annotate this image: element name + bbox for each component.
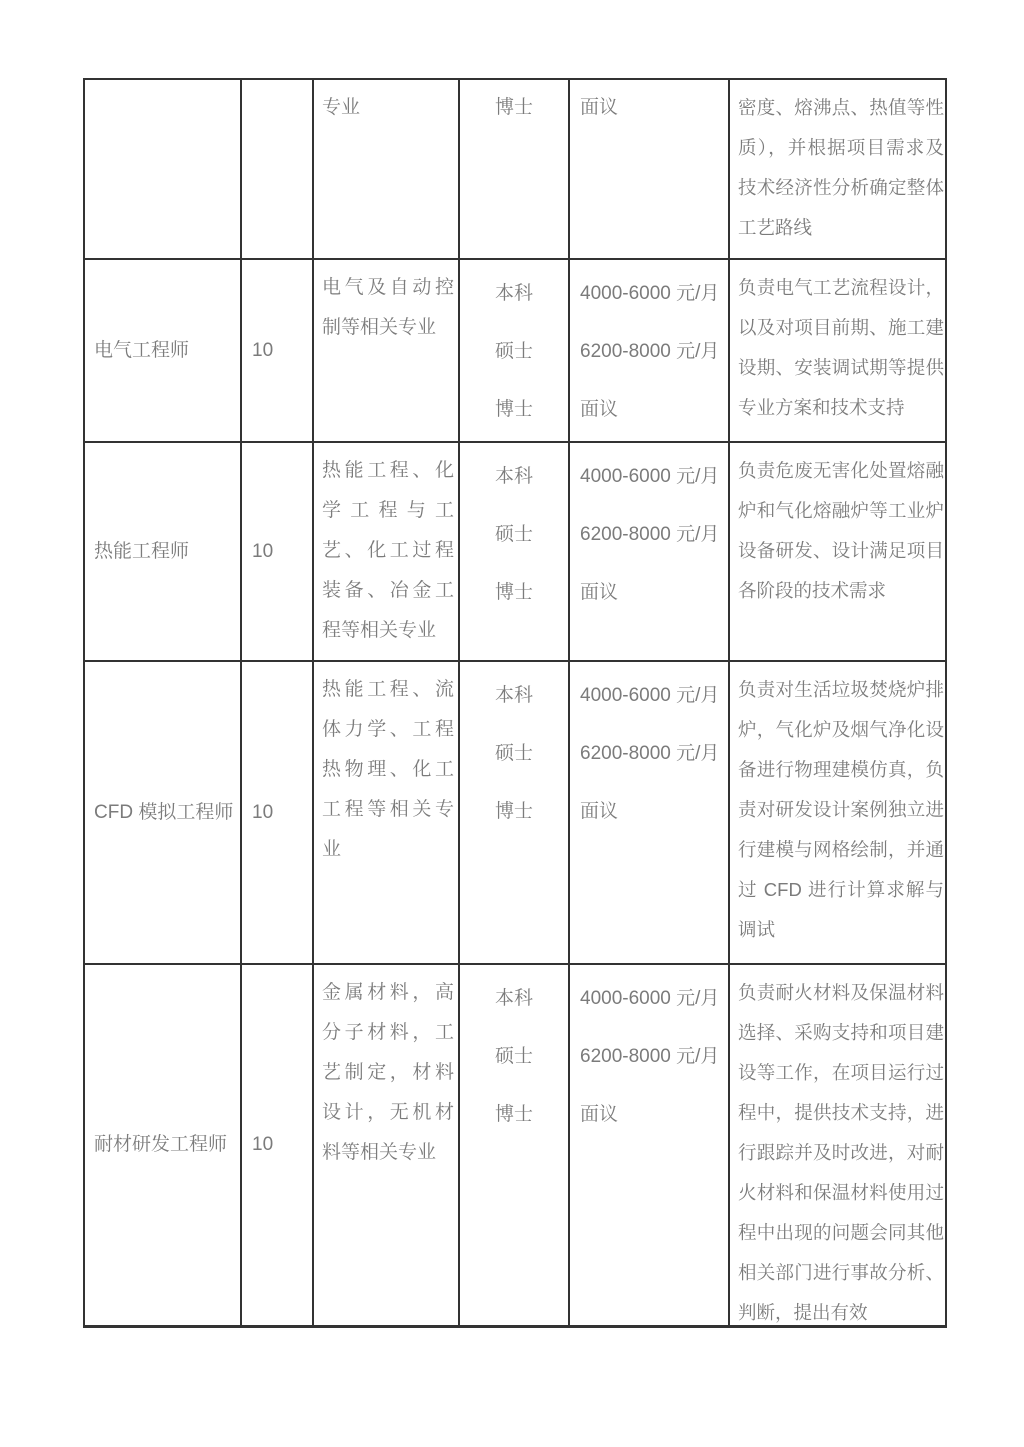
education-entry: 博士 bbox=[460, 88, 568, 128]
cell-education: 本科 硕士 博士 bbox=[460, 443, 570, 662]
duties-text: 密度、熔沸点、热值等性质），并根据项目需求及技术经济性分析确定整体工艺路线 bbox=[738, 97, 944, 238]
count-text: 10 bbox=[252, 793, 273, 833]
position-text: 热能工程师 bbox=[94, 532, 189, 572]
cell-count: 10 bbox=[242, 443, 314, 662]
cell-duties: 密度、熔沸点、热值等性质），并根据项目需求及技术经济性分析确定整体工艺路线 bbox=[730, 80, 945, 260]
cell-duties: 负责危废无害化处置熔融炉和气化熔融炉等工业炉设备研发、设计满足项目各阶段的技术需… bbox=[730, 443, 945, 662]
major-text: 热能工程、化学工程与工艺、化工过程装备、冶金工程等相关专业 bbox=[322, 460, 454, 641]
cell-count bbox=[242, 80, 314, 260]
major-text: 专业 bbox=[322, 97, 360, 118]
salary-entry: 面议 bbox=[580, 88, 728, 128]
education-entry: 硕士 bbox=[460, 734, 568, 774]
salary-entry: 4000-6000 元/月 bbox=[580, 979, 728, 1019]
cell-count: 10 bbox=[242, 965, 314, 1325]
cell-education: 本科 硕士 博士 bbox=[460, 662, 570, 965]
education-entry: 本科 bbox=[460, 979, 568, 1019]
major-text: 金属材料，高分子材料，工艺制定，材料设计，无机材料等相关专业 bbox=[322, 982, 454, 1163]
cell-salary: 4000-6000 元/月 6200-8000 元/月 面议 bbox=[570, 260, 730, 443]
education-entry: 本科 bbox=[460, 676, 568, 716]
job-table: 专业 博士 面议 密度、熔沸点、热值等性质），并根据项目需求及技术经济性分析确定… bbox=[83, 78, 947, 1328]
cell-position bbox=[85, 80, 242, 260]
position-text: 耐材研发工程师 bbox=[94, 1125, 227, 1165]
salary-entry: 6200-8000 元/月 bbox=[580, 515, 728, 555]
cell-salary: 面议 bbox=[570, 80, 730, 260]
education-entry: 硕士 bbox=[460, 515, 568, 555]
duties-text: 负责对生活垃圾焚烧炉排炉，气化炉及烟气净化设备进行物理建模仿真，负责对研发设计案… bbox=[738, 679, 944, 940]
cell-major: 热能工程、流体力学、工程热物理、化工工程等相关专业 bbox=[314, 662, 460, 965]
cell-count: 10 bbox=[242, 260, 314, 443]
cell-salary: 4000-6000 元/月 6200-8000 元/月 面议 bbox=[570, 662, 730, 965]
salary-entry: 面议 bbox=[580, 792, 728, 832]
count-text: 10 bbox=[252, 1125, 273, 1165]
education-entry: 本科 bbox=[460, 274, 568, 314]
salary-entry: 4000-6000 元/月 bbox=[580, 457, 728, 497]
count-text: 10 bbox=[252, 532, 273, 572]
education-entry: 博士 bbox=[460, 390, 568, 430]
cell-major: 电气及自动控制等相关专业 bbox=[314, 260, 460, 443]
position-text: 电气工程师 bbox=[94, 331, 189, 371]
duties-text: 负责危废无害化处置熔融炉和气化熔融炉等工业炉设备研发、设计满足项目各阶段的技术需… bbox=[738, 460, 944, 601]
cell-position: 热能工程师 bbox=[85, 443, 242, 662]
cell-duties: 负责耐火材料及保温材料选择、采购支持和项目建设等工作，在项目运行过程中，提供技术… bbox=[730, 965, 945, 1325]
salary-entry: 面议 bbox=[580, 573, 728, 613]
cell-salary: 4000-6000 元/月 6200-8000 元/月 面议 bbox=[570, 443, 730, 662]
salary-entry: 4000-6000 元/月 bbox=[580, 676, 728, 716]
salary-entry: 6200-8000 元/月 bbox=[580, 1037, 728, 1077]
education-entry: 博士 bbox=[460, 1095, 568, 1135]
education-entry: 硕士 bbox=[460, 332, 568, 372]
document-page: 专业 博士 面议 密度、熔沸点、热值等性质），并根据项目需求及技术经济性分析确定… bbox=[0, 0, 1024, 1447]
salary-entry: 6200-8000 元/月 bbox=[580, 734, 728, 774]
education-entry: 博士 bbox=[460, 792, 568, 832]
cell-position: CFD 模拟工程师 bbox=[85, 662, 242, 965]
position-text: CFD 模拟工程师 bbox=[94, 793, 233, 833]
cell-duties: 负责电气工艺流程设计，以及对项目前期、施工建设期、安装调试期等提供专业方案和技术… bbox=[730, 260, 945, 443]
cell-salary: 4000-6000 元/月 6200-8000 元/月 面议 bbox=[570, 965, 730, 1325]
cell-education: 博士 bbox=[460, 80, 570, 260]
cell-education: 本科 硕士 博士 bbox=[460, 965, 570, 1325]
cell-major: 专业 bbox=[314, 80, 460, 260]
duties-text: 负责耐火材料及保温材料选择、采购支持和项目建设等工作，在项目运行过程中，提供技术… bbox=[738, 982, 944, 1323]
education-entry: 本科 bbox=[460, 457, 568, 497]
cell-position: 耐材研发工程师 bbox=[85, 965, 242, 1325]
major-text: 热能工程、流体力学、工程热物理、化工工程等相关专业 bbox=[322, 679, 454, 860]
major-text: 电气及自动控制等相关专业 bbox=[322, 277, 454, 338]
cell-position: 电气工程师 bbox=[85, 260, 242, 443]
salary-entry: 面议 bbox=[580, 390, 728, 430]
duties-text: 负责电气工艺流程设计，以及对项目前期、施工建设期、安装调试期等提供专业方案和技术… bbox=[738, 277, 944, 418]
cell-major: 热能工程、化学工程与工艺、化工过程装备、冶金工程等相关专业 bbox=[314, 443, 460, 662]
salary-entry: 6200-8000 元/月 bbox=[580, 332, 728, 372]
count-text: 10 bbox=[252, 331, 273, 371]
salary-entry: 4000-6000 元/月 bbox=[580, 274, 728, 314]
cell-major: 金属材料，高分子材料，工艺制定，材料设计，无机材料等相关专业 bbox=[314, 965, 460, 1325]
education-entry: 硕士 bbox=[460, 1037, 568, 1077]
cell-count: 10 bbox=[242, 662, 314, 965]
cell-education: 本科 硕士 博士 bbox=[460, 260, 570, 443]
cell-duties: 负责对生活垃圾焚烧炉排炉，气化炉及烟气净化设备进行物理建模仿真，负责对研发设计案… bbox=[730, 662, 945, 965]
salary-entry: 面议 bbox=[580, 1095, 728, 1135]
education-entry: 博士 bbox=[460, 573, 568, 613]
